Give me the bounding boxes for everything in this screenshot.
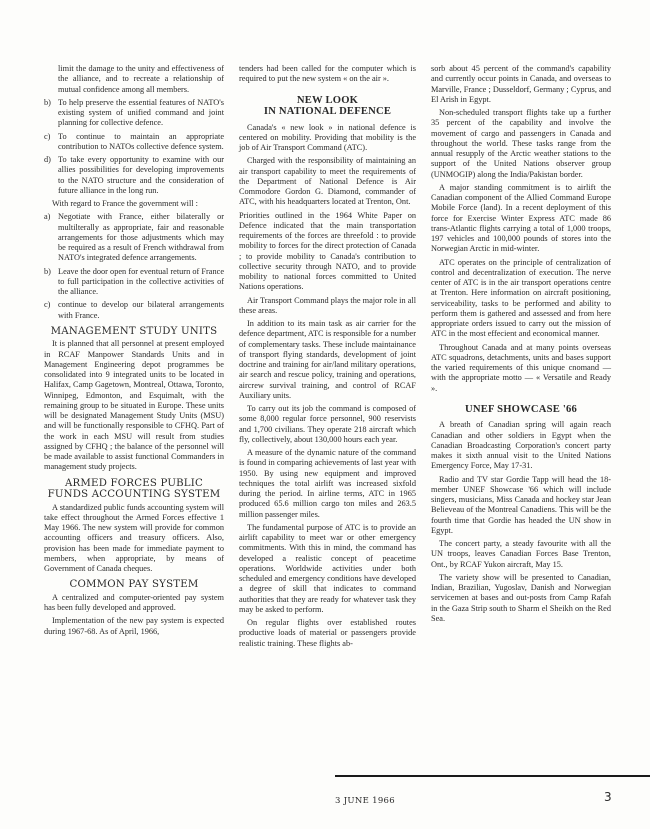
paragraph: A standardized public funds accounting s… <box>44 503 224 575</box>
section-heading-unef: UNEF SHOWCASE '66 <box>431 404 611 416</box>
list-item: c)continue to develop our bilateral arra… <box>44 300 224 321</box>
list-item: d)To take every opportunity to examine w… <box>44 155 224 196</box>
list-label: b) <box>44 267 51 277</box>
paragraph: A measure of the dynamic nature of the c… <box>239 448 416 520</box>
paragraph: A centralized and computer-oriented pay … <box>44 593 224 614</box>
section-heading-new-look: NEW LOOKIN NATIONAL DEFENCE <box>239 95 416 118</box>
paragraph: The variety show will be presented to Ca… <box>431 573 611 624</box>
paragraph: Charged with the responsibility of maint… <box>239 156 416 207</box>
paragraph: In addition to its main task as air carr… <box>239 319 416 401</box>
paragraph: Canada's « new look » in national defenc… <box>239 123 416 154</box>
column-1: limit the damage to the unity and effect… <box>44 64 224 640</box>
section-heading-msu: MANAGEMENT STUDY UNITS <box>44 326 224 338</box>
paragraph: The fundamental purpose of ATC is to pro… <box>239 523 416 615</box>
column-2: tenders had been called for the computer… <box>239 64 416 652</box>
section-heading-afpf: ARMED FORCES PUBLIC FUNDS ACCOUNTING SYS… <box>44 478 224 501</box>
list-item: c)To continue to maintain an appropriate… <box>44 132 224 153</box>
paragraph: A major standing commitment is to airlif… <box>431 183 611 255</box>
list-label: c) <box>44 132 50 142</box>
list-item-continuation: limit the damage to the unity and effect… <box>44 64 224 95</box>
paragraph: Implementation of the new pay system is … <box>44 616 224 637</box>
paragraph: Priorities outlined in the 1964 White Pa… <box>239 211 416 293</box>
list-item: a)Negotiate with France, either bilatera… <box>44 212 224 263</box>
paragraph: Radio and TV star Gordie Tapp will head … <box>431 475 611 537</box>
paragraph: It is planned that all personnel at pres… <box>44 339 224 472</box>
paragraph: The concert party, a steady favourite wi… <box>431 539 611 570</box>
paragraph: Throughout Canada and at many points ove… <box>431 343 611 394</box>
list-label: a) <box>44 212 50 222</box>
list-label: d) <box>44 155 51 165</box>
footer-date: 3 JUNE 1966 <box>335 796 395 806</box>
list-label: c) <box>44 300 50 310</box>
paragraph: ATC operates on the principle of central… <box>431 258 611 340</box>
list-label: b) <box>44 98 51 108</box>
paragraph: sorb about 45 percent of the command's c… <box>431 64 611 105</box>
paragraph: tenders had been called for the computer… <box>239 64 416 85</box>
paragraph: Air Transport Command plays the major ro… <box>239 296 416 317</box>
footer-rule <box>335 775 650 777</box>
paragraph: A breath of Canadian spring will again r… <box>431 420 611 471</box>
column-3: sorb about 45 percent of the command's c… <box>431 64 611 627</box>
paragraph: With regard to France the government wil… <box>44 199 224 209</box>
page-number: 3 <box>604 790 612 804</box>
section-heading-cps: COMMON PAY SYSTEM <box>44 579 224 591</box>
paragraph: Non-scheduled transport flights take up … <box>431 108 611 180</box>
list-item: b)To help preserve the essential feature… <box>44 98 224 129</box>
paragraph: To carry out its job the command is comp… <box>239 404 416 445</box>
list-item: b)Leave the door open for eventual retur… <box>44 267 224 298</box>
paragraph: On regular flights over established rout… <box>239 618 416 649</box>
